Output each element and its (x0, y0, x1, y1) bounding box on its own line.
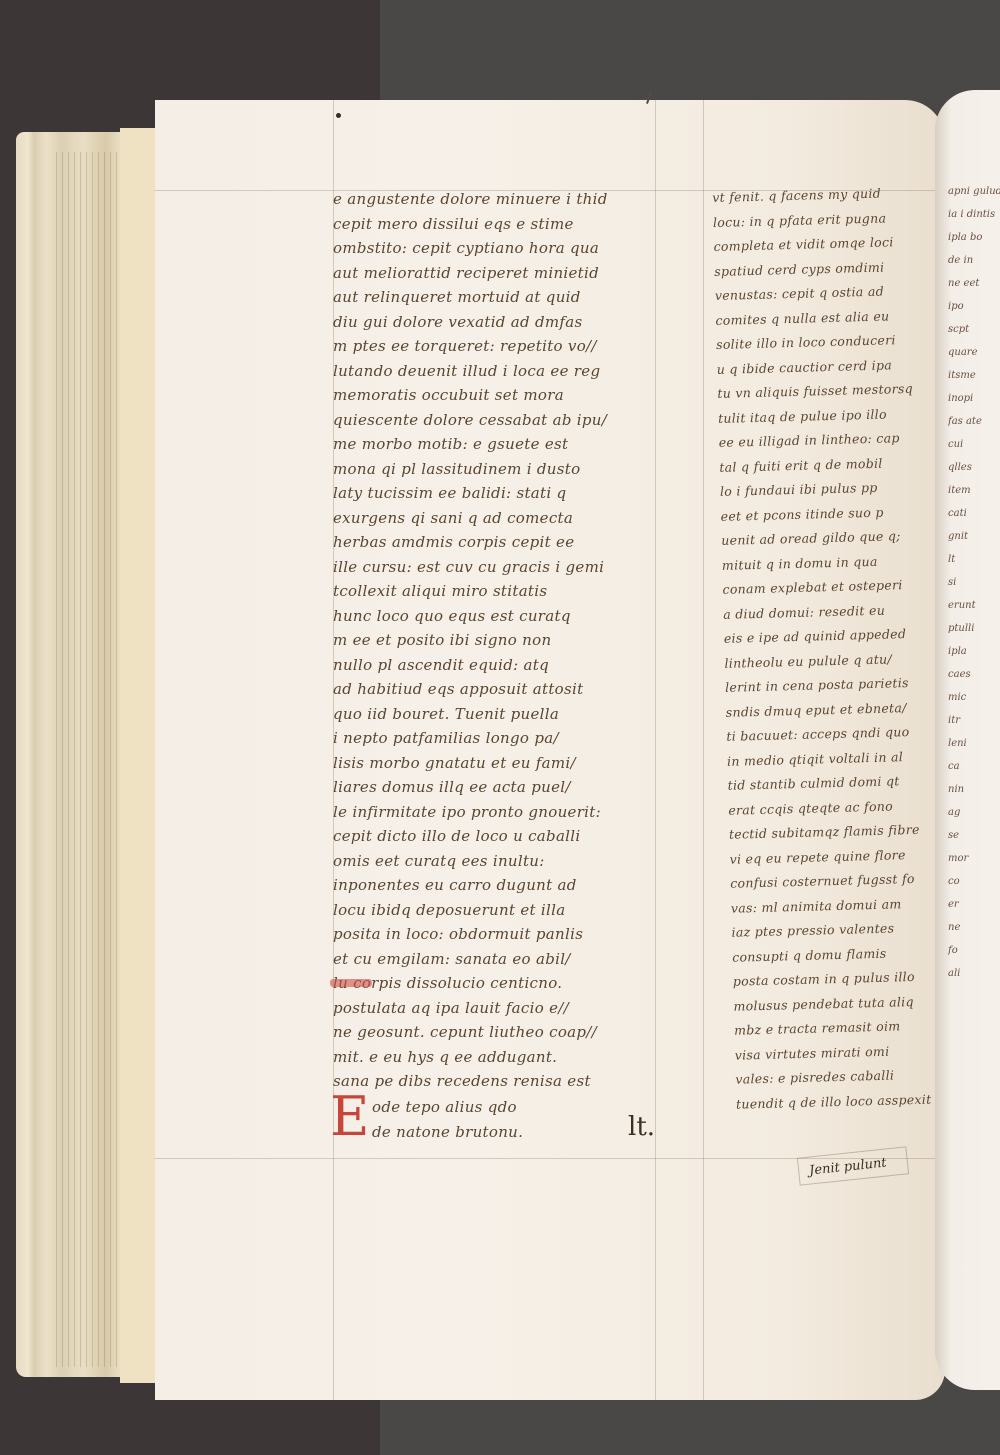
text-line: sana pe dibs recedens renisa est (333, 1069, 658, 1094)
text-column-right: vt fenit. q facens my quidlocu: in q pfa… (712, 180, 958, 1116)
text-line: ode tepo alius qdo (372, 1095, 632, 1120)
text-line: fo (948, 939, 1000, 962)
text-line: i nepto patfamilias longo pa/ (333, 726, 658, 751)
text-line: nullo pl ascendit equid: atq (333, 653, 658, 678)
text-line: itsme (948, 364, 1000, 387)
text-line: caes (948, 663, 1000, 686)
text-line: ne eet (948, 272, 1000, 295)
text-line: qlles (948, 456, 1000, 479)
text-line: et cu emgilam: sanata eo abil/ (333, 947, 658, 972)
text-line: itr (948, 709, 1000, 732)
text-line: cati (948, 502, 1000, 525)
text-line: ptulli (948, 617, 1000, 640)
text-line: ali (948, 962, 1000, 985)
text-line: ipla bo (948, 226, 1000, 249)
text-line: exurgens qi sani q ad comecta (333, 506, 658, 531)
text-line: inponentes eu carro dugunt ad (333, 873, 658, 898)
text-line: memoratis occubuit set mora (333, 383, 658, 408)
text-line: le infirmitate ipo pronto gnouerit: (333, 800, 658, 825)
text-line: item (948, 479, 1000, 502)
text-line: laty tucissim ee balidi: stati q (333, 481, 658, 506)
text-line: fas ate (948, 410, 1000, 433)
text-line: ipla (948, 640, 1000, 663)
pricking-mark (336, 113, 341, 118)
text-line: nin (948, 778, 1000, 801)
text-line: me morbo motib: e gsuete est (333, 432, 658, 457)
text-line: erunt (948, 594, 1000, 617)
text-line: herbas amdmis corpis cepit ee (333, 530, 658, 555)
text-line: se (948, 824, 1000, 847)
text-line: hunc loco quo equs est curatq (333, 604, 658, 629)
text-line: leni (948, 732, 1000, 755)
text-column-left: e angustente dolore minuere i thidcepit … (333, 187, 658, 1094)
underlying-leaf (120, 128, 160, 1383)
ruling-line-mid-right (703, 100, 704, 1400)
text-line: scpt (948, 318, 1000, 341)
text-line: apni gulud l (948, 180, 1000, 203)
text-line: lutando deuenit illud i loca ee reg (333, 359, 658, 384)
text-line: ipo (948, 295, 1000, 318)
text-line: ad habitiud eqs apposuit attosit (333, 677, 658, 702)
text-line: quare (948, 341, 1000, 364)
text-line: quo iid bouret. Tuenit puella (333, 702, 658, 727)
text-line: locu ibidq deposuerunt et illa (333, 898, 658, 923)
text-line: ille cursu: est cuv cu gracis i gemi (333, 555, 658, 580)
text-line: omis eet curatq ees inultu: (333, 849, 658, 874)
rubric-mark (330, 979, 372, 987)
text-line: ag (948, 801, 1000, 824)
text-line: m ptes ee torqueret: repetito vo// (333, 334, 658, 359)
text-line: de natone brutonu. (372, 1120, 632, 1145)
text-line: cui (948, 433, 1000, 456)
text-line: ombstito: cepit cyptiano hora qua (333, 236, 658, 261)
text-line: de in (948, 249, 1000, 272)
text-line: m ee et posito ibi signo non (333, 628, 658, 653)
text-line: tcollexit aliqui miro stitatis (333, 579, 658, 604)
text-line: quiescente dolore cessabat ab ipu/ (333, 408, 658, 433)
text-line: ne (948, 916, 1000, 939)
text-line: mor (948, 847, 1000, 870)
text-line: aut relinqueret mortuid at quid (333, 285, 658, 310)
text-line: lisis morbo gnatatu et eu fami/ (333, 751, 658, 776)
text-column-left-final: ode tepo alius qdo de natone brutonu. (372, 1095, 632, 1144)
text-line: mit. e eu hys q ee addugant. (333, 1045, 658, 1070)
text-line: ne geosunt. cepunt liutheo coap// (333, 1020, 658, 1045)
text-line: gnit (948, 525, 1000, 548)
text-line: e angustente dolore minuere i thid (333, 187, 658, 212)
text-line: er (948, 893, 1000, 916)
text-line: si (948, 571, 1000, 594)
text-line: mona qi pl lassitudinem i dusto (333, 457, 658, 482)
text-line: ca (948, 755, 1000, 778)
paragraph-mark: lt. (628, 1112, 655, 1142)
text-line: aut meliorattid reciperet minietid (333, 261, 658, 286)
text-line: mic (948, 686, 1000, 709)
text-line: posita in loco: obdormuit panlis (333, 922, 658, 947)
facing-page-text: apni gulud lia i dintisipla bode inne ee… (948, 180, 1000, 985)
text-line: inopi (948, 387, 1000, 410)
text-line: cepit mero dissilui eqs e stime (333, 212, 658, 237)
text-line: co (948, 870, 1000, 893)
text-line: lt (948, 548, 1000, 571)
text-line: liares domus illq ee acta puel/ (333, 775, 658, 800)
text-line: lu corpis dissolucio centicno. (333, 971, 658, 996)
text-line: postulata aq ipa lauit facio e// (333, 996, 658, 1021)
rubricated-initial: E (330, 1090, 369, 1144)
text-line: diu gui dolore vexatid ad dmfas (333, 310, 658, 335)
text-line: ia i dintis (948, 203, 1000, 226)
text-line: cepit dicto illo de loco u caballi (333, 824, 658, 849)
